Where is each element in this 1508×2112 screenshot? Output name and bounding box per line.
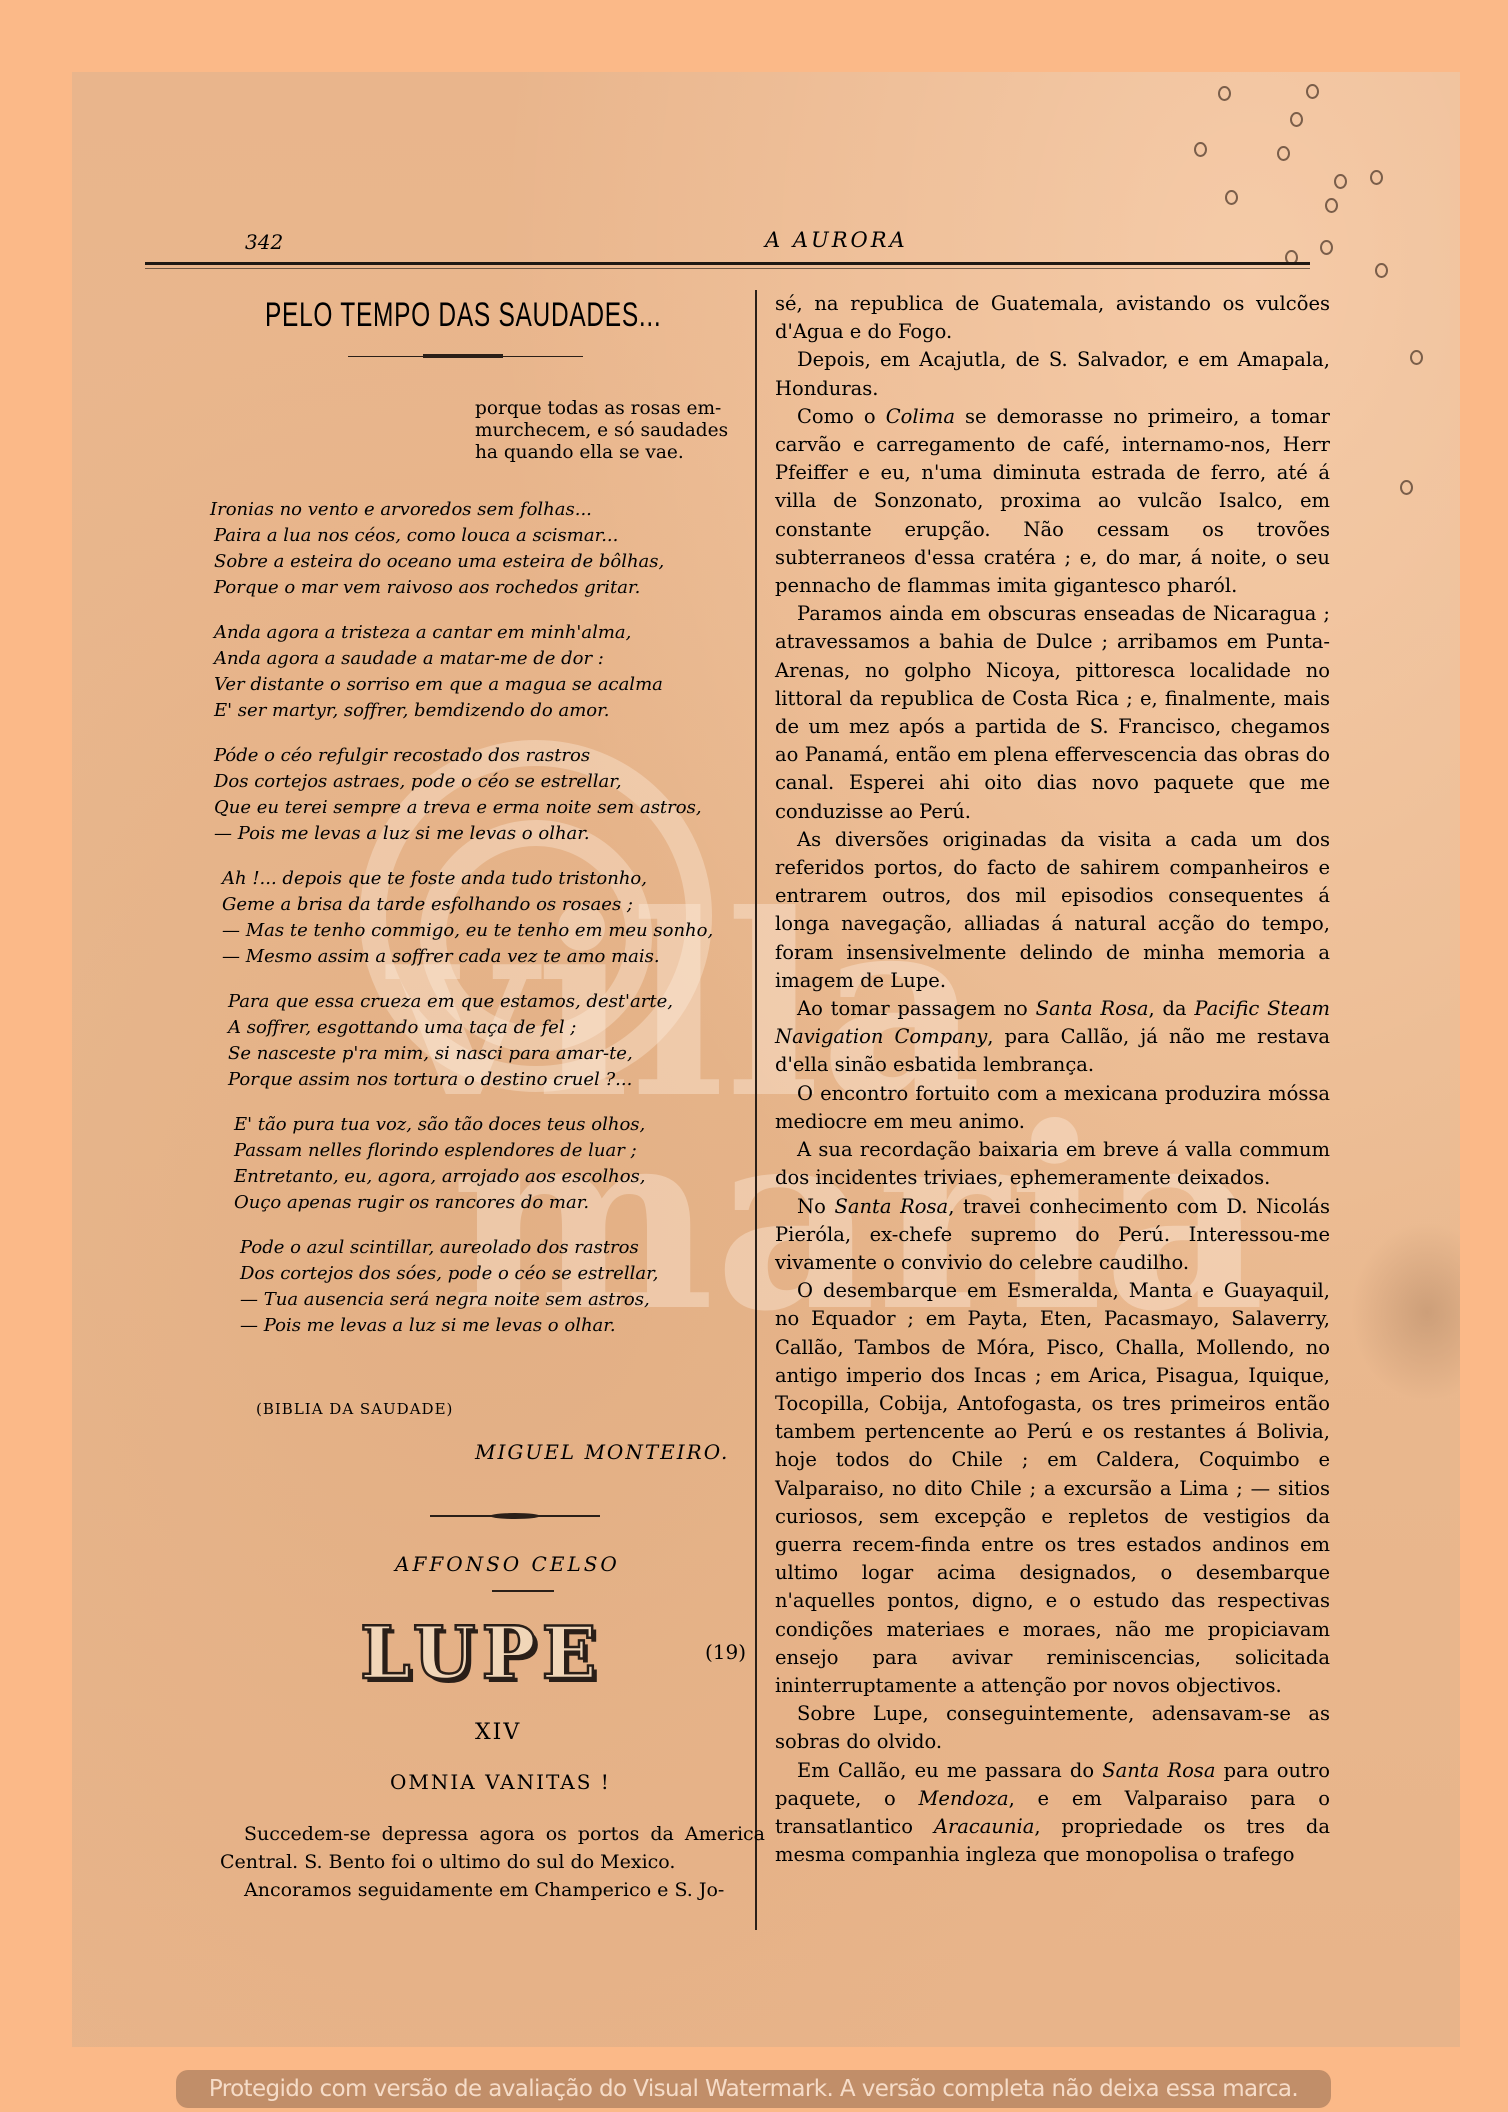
poem-line: Geme a brisa da tarde esfolhando os rosa… [210,892,760,918]
poem-line: E' tão pura tua voz, são tão doces teus … [210,1112,760,1138]
poem-stanzas: Ironias no vento e arvoredos sem folhas.… [210,497,760,1358]
title-rule-bold [423,354,503,358]
poem-line: — Pois me levas a luz si me levas o olha… [210,1313,760,1339]
journal-name: A AURORA [765,228,908,252]
poem-line: — Mas te tenho commigo, eu te tenho em m… [210,918,760,944]
poem-line: Ver distante o sorriso em que a magua se… [210,672,760,698]
poem-line: Dos cortejos dos sóes, pode o céo se est… [210,1261,760,1287]
novel-title: LUPE [360,1610,603,1695]
poem-line: Paira a lua nos céos, como louca a scism… [210,523,760,549]
italic-ship-name: Aracaunia [934,1815,1035,1838]
italic-ship-name: Santa Rosa [1036,997,1149,1020]
poem-line: Ironias no vento e arvoredos sem folhas.… [210,497,760,523]
poem-line: A soffrer, esgottando uma taça de fel ; [210,1015,760,1041]
header-rule-thin [145,268,1310,269]
poem-stanza: Ironias no vento e arvoredos sem folhas.… [210,497,760,601]
italic-ship-name: Santa Rosa [834,1195,948,1218]
poem-line: Sobre a esteira do oceano uma esteira de… [210,549,760,575]
paragraph: Sobre Lupe, conseguintemente, adensavam-… [775,1700,1330,1756]
poem-epigraph: porque todas as rosas em- murchecem, e s… [475,398,760,464]
paragraph: Em Callão, eu me passara do Santa Rosa p… [775,1757,1330,1870]
poem-line: Ouço apenas rugir os rancores do mar. [210,1190,760,1216]
italic-ship-name: Colima [886,405,955,428]
poem-line: E' ser martyr, soffrer, bemdizendo do am… [210,698,760,724]
poem-stanza: Para que essa crueza em que estamos, des… [210,989,760,1093]
poem-line: Pode o azul scintillar, aureolado dos ra… [210,1235,760,1261]
poem-stanza: Anda agora a tristeza a cantar em minh'a… [210,620,760,724]
italic-ship-name: Mendoza [918,1787,1008,1810]
paragraph: A sua recordação baixaria em breve á val… [775,1136,1330,1192]
poem-stanza: E' tão pura tua voz, são tão doces teus … [210,1112,760,1216]
poem-line: Ah !... depois que te foste anda tudo tr… [210,866,760,892]
header-rule [145,262,1310,265]
chapter-number: XIV [475,1720,521,1745]
paragraph: sé, na republica de Guatemala, avistando… [775,290,1330,346]
page-number: 342 [245,230,283,254]
paragraph: O encontro fortuito com a mexicana produ… [775,1080,1330,1136]
installment-number: (19) [705,1640,746,1664]
novel-author: AFFONSO CELSO [395,1552,620,1576]
poem-line: Anda agora a saudade a matar-me de dor : [210,646,760,672]
right-column: sé, na republica de Guatemala, avistando… [775,290,1330,1869]
poem-author: MIGUEL MONTEIRO. [475,1440,729,1464]
poem-line: Se nasceste p'ra mim, si nasci para amar… [210,1041,760,1067]
novel-text-left: Succedem-se depressa agora os portos da … [220,1820,765,1904]
paragraph: Depois, em Acajutla, de S. Salvador, e e… [775,346,1330,402]
poem-stanza: Ah !... depois que te foste anda tudo tr… [210,866,760,970]
poem-stanza: Póde o céo refulgir recostado dos rastro… [210,743,760,847]
poem-line: — Mesmo assim a soffrer cada vez te amo … [210,944,760,970]
italic-ship-name: Santa Rosa [1102,1759,1215,1782]
poem-line: Anda agora a tristeza a cantar em minh'a… [210,620,760,646]
section-ornament [430,1512,600,1520]
poem-line: Para que essa crueza em que estamos, des… [210,989,760,1015]
page-header: 342 A AURORA [145,226,1305,260]
paragraph: No Santa Rosa, travei conhecimento com D… [775,1193,1330,1278]
paragraph: Paramos ainda em obscuras enseadas de Ni… [775,600,1330,826]
poem-line: Dos cortejos astraes, pode o céo se estr… [210,769,760,795]
paragraph: Succedem-se depressa agora os portos da … [220,1820,765,1876]
paragraph: Ao tomar passagem no Santa Rosa, da Paci… [775,995,1330,1080]
paragraph: O desembarque em Esmeralda, Manta e Guay… [775,1277,1330,1700]
poem-line: Entretanto, eu, agora, arrojado aos esco… [210,1164,760,1190]
poem-line: Porque o mar vem raivoso aos rochedos gr… [210,575,760,601]
poem-line: Póde o céo refulgir recostado dos rastro… [210,743,760,769]
poem-source: (BIBLIA DA SAUDADE) [256,1400,453,1418]
poem-line: — Tua ausencia será negra noite sem astr… [210,1287,760,1313]
chapter-title: OMNIA VANITAS ! [390,1770,611,1794]
poem-line: Que eu terei sempre a treva e erma noite… [210,795,760,821]
evaluation-watermark-banner: Protegido com versão de avaliação do Vis… [176,2070,1331,2108]
paragraph: Ancoramos seguidamente em Champerico e S… [220,1876,765,1904]
poem-title: PELO TEMPO DAS SAUDADES... [265,296,661,335]
poem-stanza: Pode o azul scintillar, aureolado dos ra… [210,1235,760,1339]
poem-line: — Pois me levas a luz si me levas o olha… [210,821,760,847]
paragraph: Como o Colima se demorasse no primeiro, … [775,403,1330,600]
poem-line: Porque assim nos tortura o destino cruel… [210,1067,760,1093]
paragraph: As diversões originadas da visita a cada… [775,826,1330,995]
novel-author-rule [492,1590,554,1592]
poem-line: Passam nelles florindo esplendores de lu… [210,1138,760,1164]
